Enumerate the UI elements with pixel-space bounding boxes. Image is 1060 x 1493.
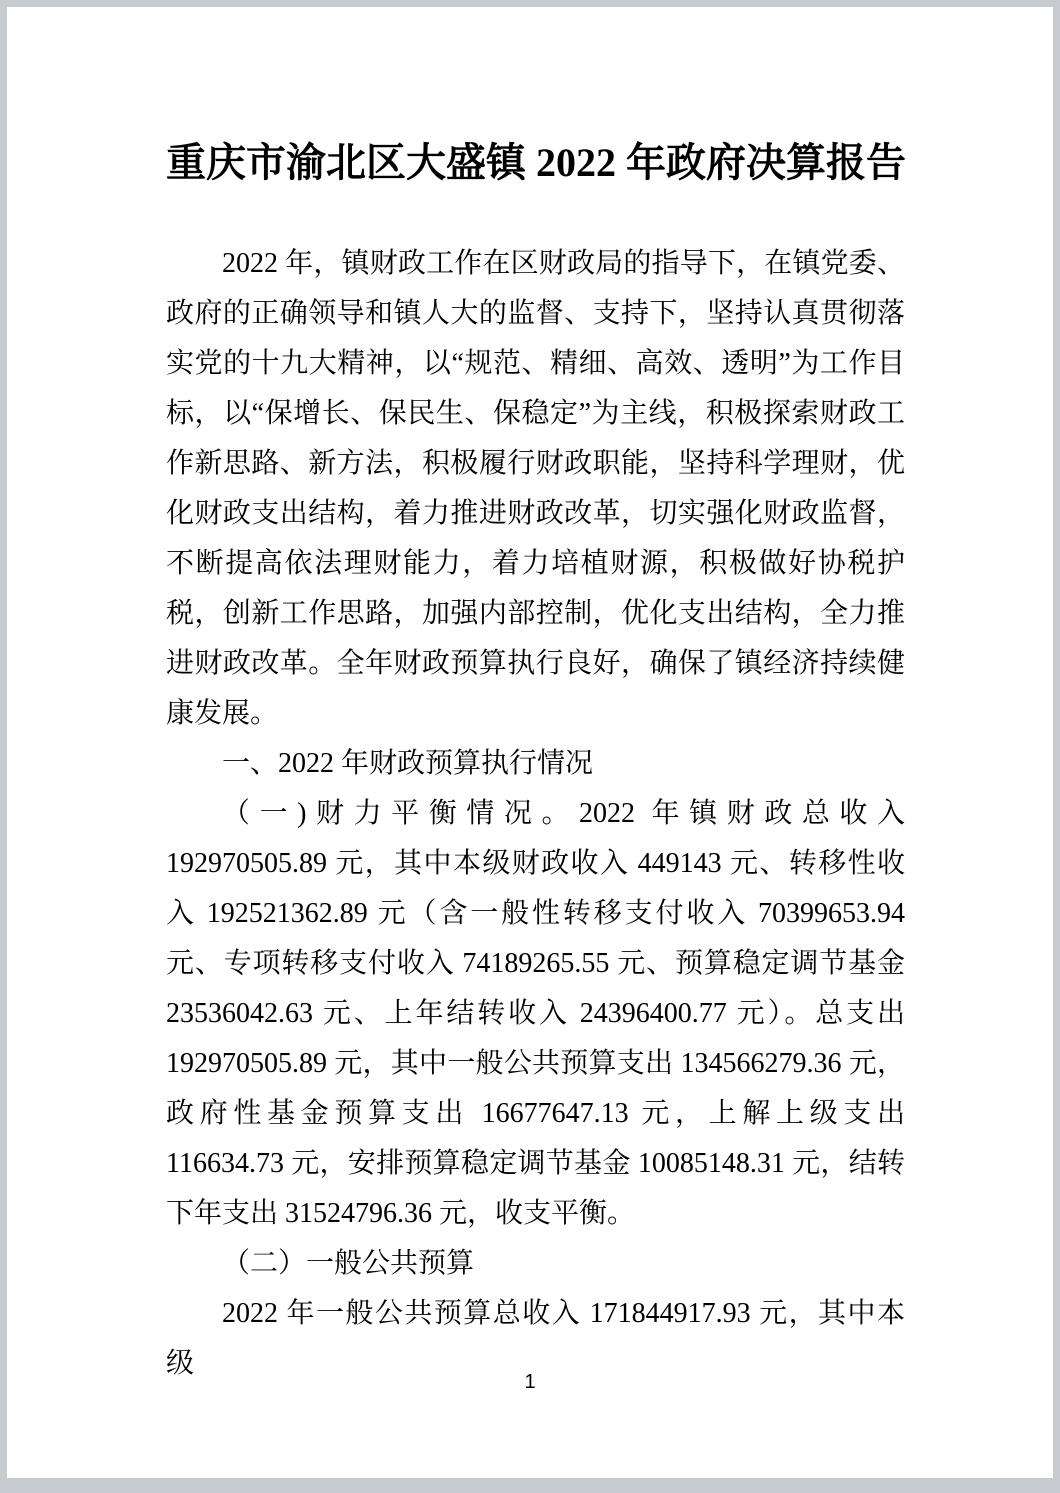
- section-heading-2: （二）一般公共预算: [166, 1239, 905, 1289]
- page-number: 1: [7, 1372, 1053, 1392]
- document-page: 重庆市渝北区大盛镇 2022 年政府决算报告 2022 年，镇财政工作在区财政局…: [7, 7, 1053, 1478]
- page-title: 重庆市渝北区大盛镇 2022 年政府决算报告: [166, 137, 905, 189]
- paragraph-intro: 2022 年，镇财政工作在区财政局的指导下，在镇党委、政府的正确领导和镇人大的监…: [166, 239, 905, 739]
- paragraph-fiscal-balance: （一)财力平衡情况。2022 年镇财政总收入 192970505.89 元，其中…: [166, 789, 905, 1239]
- document-content: 重庆市渝北区大盛镇 2022 年政府决算报告 2022 年，镇财政工作在区财政局…: [7, 7, 1053, 1389]
- document-viewport: { "colors": { "page_background": "#fffff…: [0, 0, 1060, 1493]
- section-heading-1: 一、2022 年财政预算执行情况: [166, 739, 905, 789]
